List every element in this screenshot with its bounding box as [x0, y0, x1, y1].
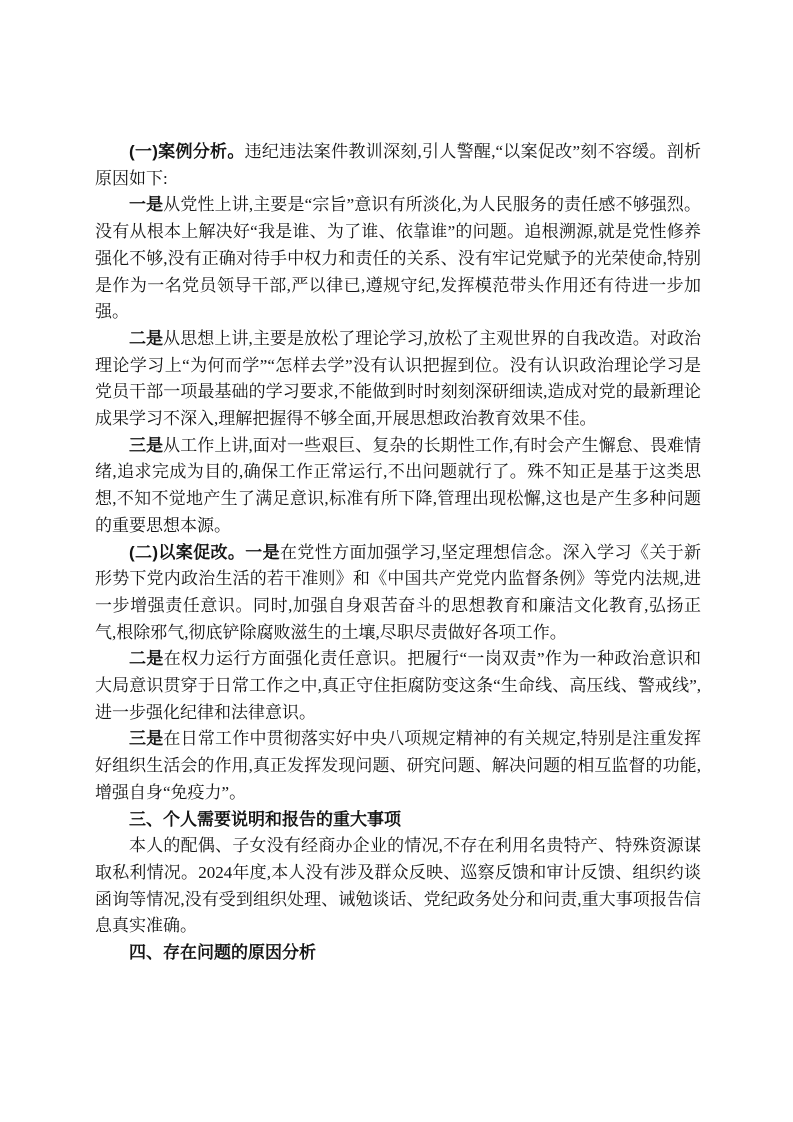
text-run: 三是	[129, 436, 163, 455]
text-run: 在权力运行方面强化责任意识。把履行“一岗双责”作为一种政治意识和大局意识贯穿于日…	[95, 649, 701, 721]
text-run: (一)案例分析。	[129, 142, 245, 161]
text-run: 从党性上讲,主要是“宗旨”意识有所淡化,为人民服务的责任感不够强烈。没有从根本上…	[95, 195, 701, 321]
text-run: 从工作上讲,面对一些艰巨、复杂的长期性工作,有时会产生懈怠、畏难情绪,追求完成为…	[95, 436, 701, 535]
text-run: (二)以案促改。一是	[129, 543, 280, 562]
document-page: (一)案例分析。违纪违法案件教训深刻,引人警醒,“以案促改”刻不容缓。剖析原因如…	[0, 0, 793, 1122]
text-run: 二是	[129, 649, 164, 668]
paragraph: 一是从党性上讲,主要是“宗旨”意识有所淡化,为人民服务的责任感不够强烈。没有从根…	[95, 192, 701, 326]
text-run: 从思想上讲,主要是放松了理论学习,放松了主观世界的自我改造。对政治理论学习上“为…	[95, 329, 701, 428]
paragraph: 本人的配偶、子女没有经商办企业的情况,不存在利用名贵特产、特殊资源谋取私利情况。…	[95, 833, 701, 940]
text-run: 四、存在问题的原因分析	[129, 943, 316, 962]
text-run: 一是	[129, 195, 163, 214]
paragraph: 三是在日常工作中贯彻落实好中央八项规定精神的有关规定,特别是注重发挥好组织生活会…	[95, 726, 701, 806]
paragraph: 二是从思想上讲,主要是放松了理论学习,放松了主观世界的自我改造。对政治理论学习上…	[95, 326, 701, 433]
document-content: (一)案例分析。违纪违法案件教训深刻,引人警醒,“以案促改”刻不容缓。剖析原因如…	[95, 139, 701, 967]
section-heading: 三、个人需要说明和报告的重大事项	[95, 807, 701, 834]
text-run: 三是	[129, 729, 163, 748]
text-run: 二是	[129, 329, 163, 348]
text-run: 本人的配偶、子女没有经商办企业的情况,不存在利用名贵特产、特殊资源谋取私利情况。…	[95, 836, 701, 935]
text-run: 在日常工作中贯彻落实好中央八项规定精神的有关规定,特别是注重发挥好组织生活会的作…	[95, 729, 701, 801]
paragraph: (一)案例分析。违纪违法案件教训深刻,引人警醒,“以案促改”刻不容缓。剖析原因如…	[95, 139, 701, 192]
paragraph: 二是在权力运行方面强化责任意识。把履行“一岗双责”作为一种政治意识和大局意识贯穿…	[95, 646, 701, 726]
paragraph: 三是从工作上讲,面对一些艰巨、复杂的长期性工作,有时会产生懈怠、畏难情绪,追求完…	[95, 433, 701, 540]
text-run: 三、个人需要说明和报告的重大事项	[129, 810, 401, 829]
section-heading: 四、存在问题的原因分析	[95, 940, 701, 967]
paragraph: (二)以案促改。一是在党性方面加强学习,坚定理想信念。深入学习《关于新形势下党内…	[95, 540, 701, 647]
